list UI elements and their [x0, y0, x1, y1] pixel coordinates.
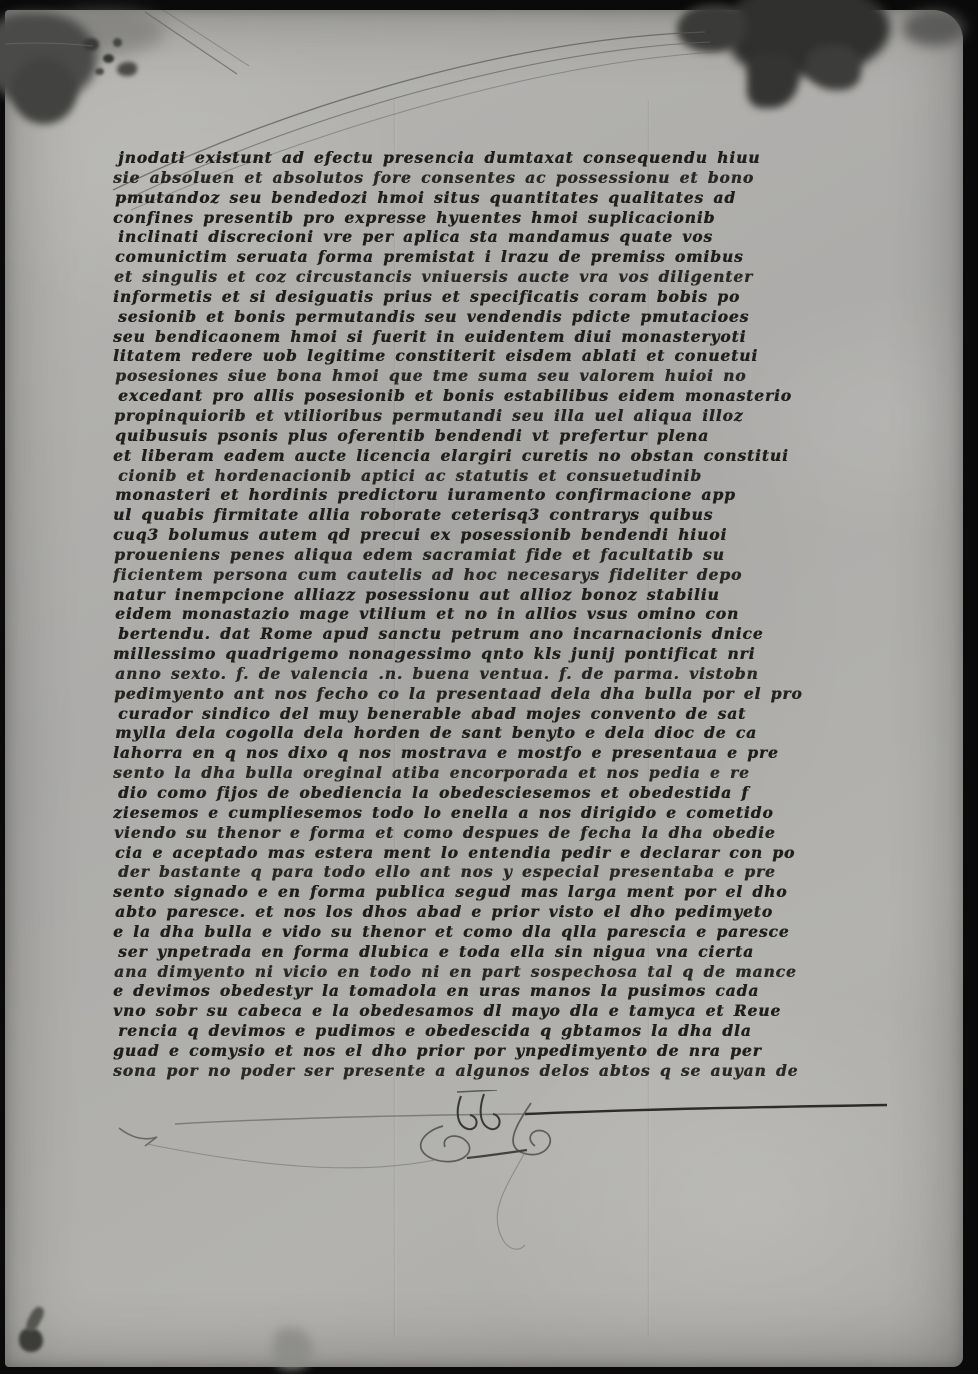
manuscript-line: cionib et hordenacionib aptici ac statut…	[118, 466, 895, 486]
manuscript-line: guad e comysio et nos el dho prior por y…	[113, 1041, 895, 1061]
manuscript-line: ser ynpetrada en forma dlubica e toda el…	[118, 942, 895, 962]
manuscript-line: ana dimyento ni vicio en todo ni en part…	[114, 962, 895, 982]
manuscript-line: eidem monastazio mage vtilium et no in a…	[115, 604, 895, 624]
manuscript-line: sento la dha bulla oreginal atiba encorp…	[113, 763, 895, 783]
manuscript-line: cuq3 bolumus autem qd precui ex posessio…	[113, 525, 895, 545]
manuscript-photo: { "page": { "kind": "photographed mediev…	[0, 0, 978, 1374]
ink-stain-top-right	[677, 4, 747, 52]
ink-spot-bottom-left	[24, 1305, 47, 1334]
manuscript-line: sento signado e en forma publica segud m…	[113, 882, 895, 902]
ink-spot	[117, 62, 137, 76]
manuscript-line: et liberam eadem aucte licencia elargiri…	[113, 446, 895, 466]
manuscript-line: rencia q devimos e pudimos e obedescida …	[118, 1021, 895, 1041]
manuscript-line: pmutandoz seu bendedozi hmoi situs quant…	[115, 188, 895, 208]
manuscript-line: quibusuis psonis plus oferentib bendendi…	[115, 426, 895, 446]
smudge-bottom-center	[273, 1328, 313, 1370]
notary-rubric-flourish	[105, 1090, 915, 1260]
manuscript-line: informetis et si desiguatis prius et spe…	[113, 287, 895, 307]
manuscript-line: ficientem persona cum cautelis ad hoc ne…	[113, 565, 895, 585]
manuscript-line: dio como fijos de obediencia la obedesci…	[118, 783, 895, 803]
ink-stain-top-left	[11, 58, 77, 124]
ink-stain-top-right	[805, 44, 861, 90]
manuscript-line: inclinati discrecioni vre per aplica sta…	[118, 227, 895, 247]
manuscript-line: e devimos obedestyr la tomadola en uras …	[113, 981, 895, 1001]
manuscript-line: cia e aceptado mas estera ment lo entend…	[115, 843, 895, 863]
manuscript-line: seu bendicaonem hmoi si fuerit in euiden…	[113, 327, 895, 347]
manuscript-line: anno sexto. f. de valencia .n. buena ven…	[115, 664, 895, 684]
ink-stain-top-right	[747, 52, 799, 108]
manuscript-line: confines presentib pro expresse hyuentes…	[113, 208, 895, 228]
manuscript-line: abto paresce. et nos los dhos abad e pri…	[115, 902, 895, 922]
manuscript-line: curador sindico del muy benerable abad m…	[118, 704, 895, 724]
manuscript-line: e la dha bulla e vido su thenor et como …	[113, 922, 895, 942]
ink-spot	[113, 38, 122, 47]
ink-stain-top-right-corner	[903, 10, 965, 46]
manuscript-line: sona por no poder ser presente a algunos…	[113, 1061, 895, 1081]
manuscript-line: vno sobr su cabeca e la obedesamos dl ma…	[113, 1001, 895, 1021]
manuscript-line: natur inempcione alliazz posessionu aut …	[113, 585, 895, 605]
manuscript-line: pedimyento ant nos fecho co la presentaa…	[114, 684, 895, 704]
manuscript-line: lahorra en q nos dixo q nos mostrava e m…	[113, 743, 895, 763]
manuscript-line: posesiones siue bona hmoi que tme suma s…	[115, 366, 895, 386]
manuscript-text-block: jnodati existunt ad efectu presencia dum…	[113, 148, 895, 1088]
manuscript-line: viendo su thenor e forma et como despues…	[114, 823, 895, 843]
manuscript-line: mylla dela cogolla dela horden de sant b…	[115, 723, 895, 743]
manuscript-line: comunictim seruata forma premistat i lra…	[115, 247, 895, 267]
manuscript-line: der bastante q para todo ello ant nos y …	[118, 862, 895, 882]
manuscript-line: millessimo quadrigemo nonagessimo qnto k…	[113, 644, 895, 664]
ink-spot	[95, 68, 104, 75]
manuscript-line: proueniens penes aliqua edem sacramiat f…	[114, 545, 895, 565]
manuscript-page: jnodati existunt ad efectu presencia dum…	[5, 10, 963, 1367]
ink-spot	[103, 54, 114, 63]
manuscript-line: jnodati existunt ad efectu presencia dum…	[118, 148, 895, 168]
manuscript-line: ziesemos e cumpliesemos todo lo enella a…	[113, 803, 895, 823]
manuscript-line: sie absoluen et absolutos fore consentes…	[113, 168, 895, 188]
manuscript-line: ul quabis firmitate allia roborate ceter…	[113, 505, 895, 525]
manuscript-line: monasteri et hordinis predictoru iuramen…	[115, 485, 895, 505]
ink-spot	[83, 38, 99, 51]
manuscript-line: excedant pro allis posesionib et bonis e…	[118, 386, 895, 406]
manuscript-line: bertendu. dat Rome apud sanctu petrum an…	[118, 624, 895, 644]
manuscript-line: sesionib et bonis permutandis seu venden…	[118, 307, 895, 327]
manuscript-line: et singulis et coz circustancis vniuersi…	[114, 267, 895, 287]
manuscript-line: propinquiorib et vtilioribus permutandi …	[114, 406, 895, 426]
manuscript-line: litatem redere uob legitime constiterit …	[113, 346, 895, 366]
